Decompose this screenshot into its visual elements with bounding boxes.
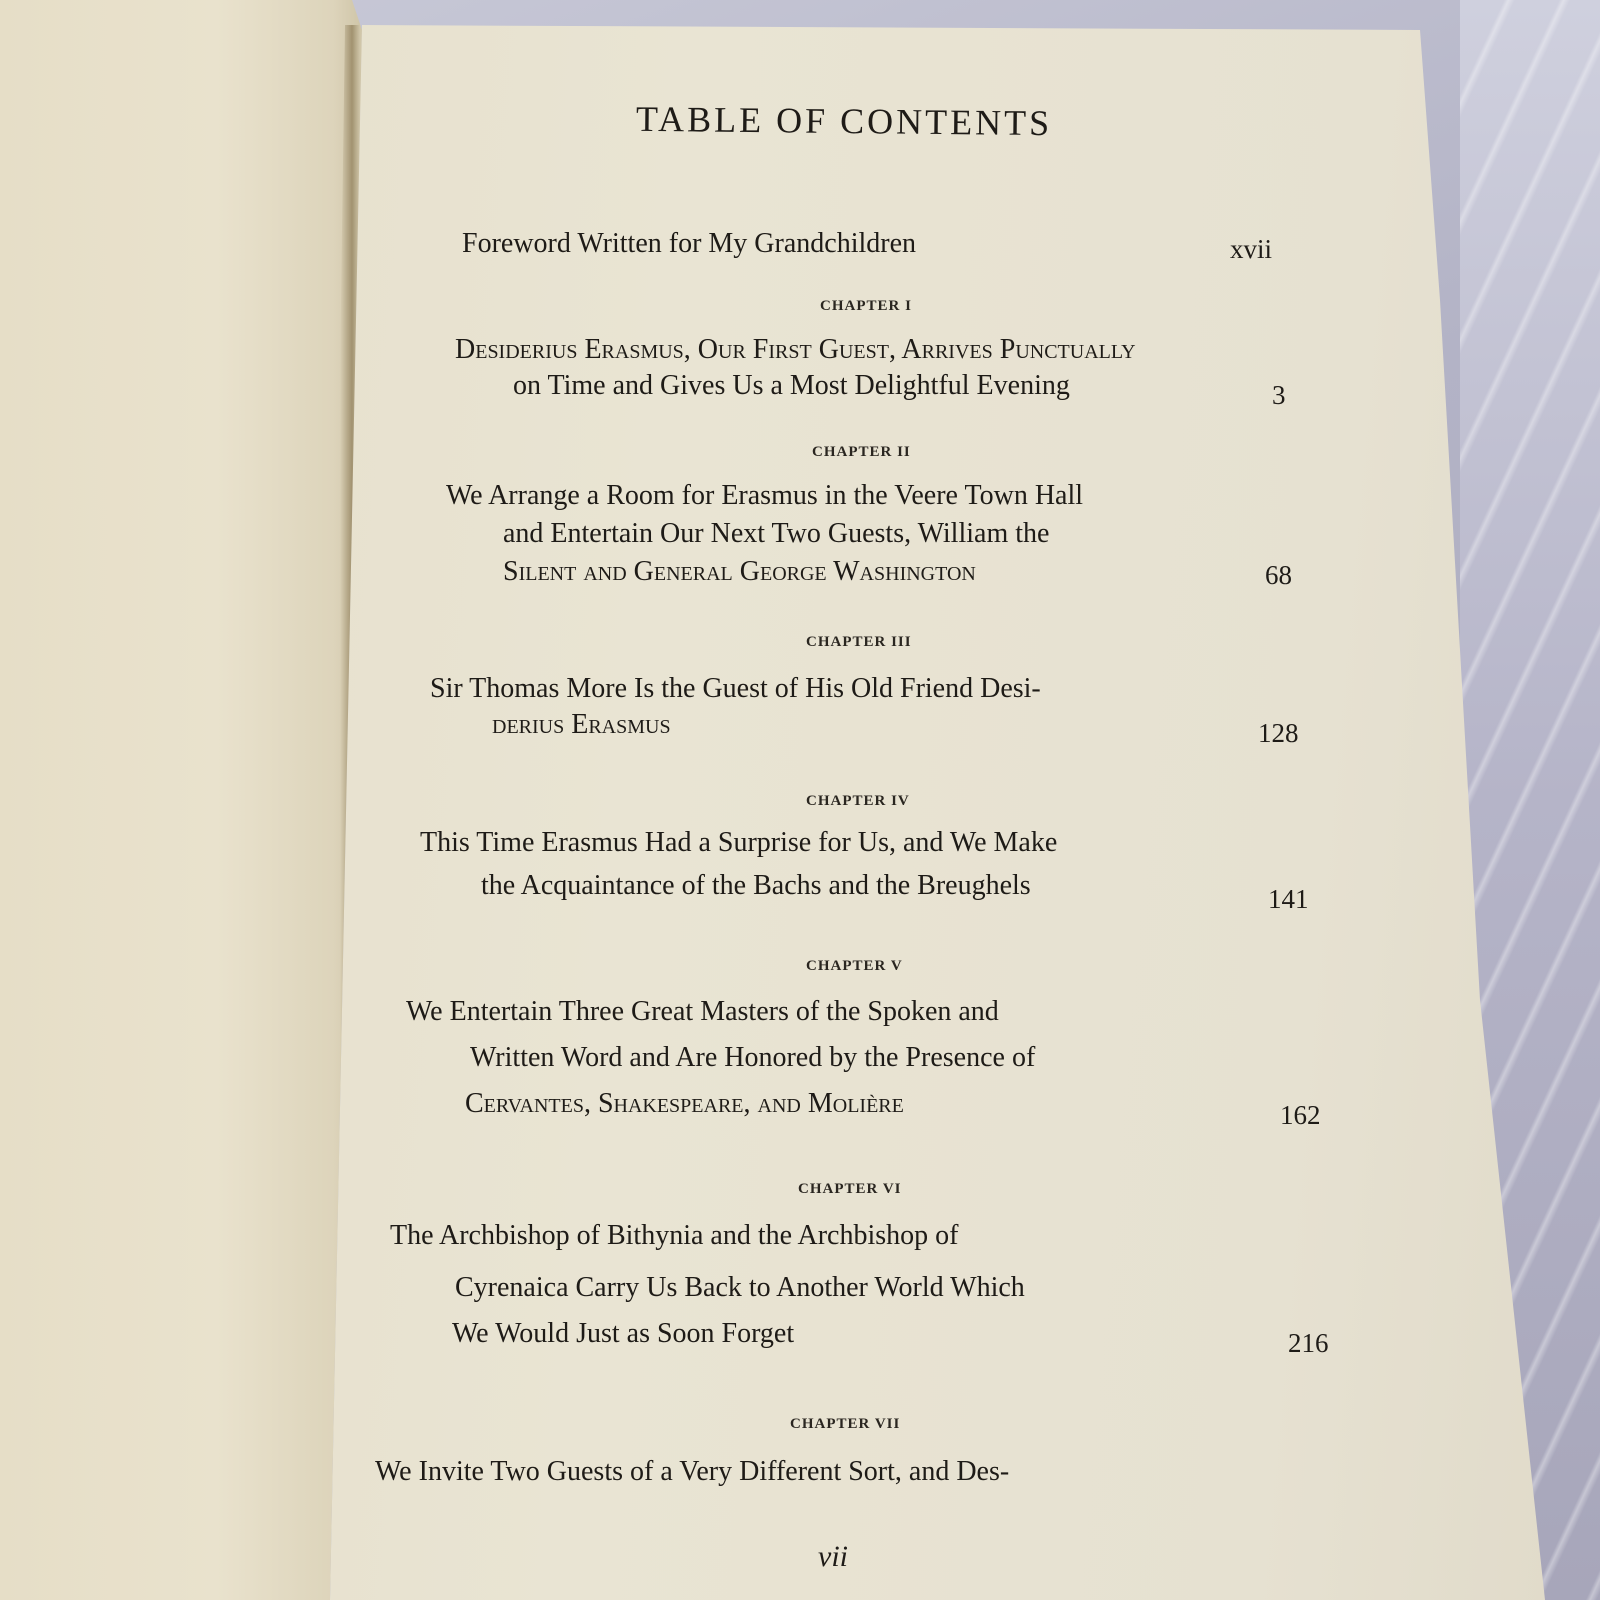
chapter-label: CHAPTER VI — [798, 1181, 902, 1198]
chapter-label: CHAPTER V — [806, 958, 903, 975]
entry-line: Desiderius Erasmus, Our First Guest, Arr… — [455, 334, 1136, 366]
chapter-label: CHAPTER II — [812, 444, 911, 461]
toc-content: TABLE OF CONTENTS Foreword Written for M… — [0, 0, 1600, 1600]
entry-line: We Would Just as Soon Forget — [452, 1318, 794, 1350]
entry-line: derius Erasmus — [492, 709, 671, 741]
entry-line: the Acquaintance of the Bachs and the Br… — [481, 870, 1031, 902]
entry-page-number: 128 — [1258, 718, 1299, 749]
chapter-label: CHAPTER I — [820, 298, 912, 315]
entry-line: We Arrange a Room for Erasmus in the Vee… — [446, 480, 1083, 512]
entry-line: and Entertain Our Next Two Guests, Willi… — [503, 518, 1049, 550]
chapter-label: CHAPTER III — [806, 634, 912, 651]
entry-line: Cyrenaica Carry Us Back to Another World… — [455, 1272, 1025, 1304]
entry-page-number: 68 — [1265, 560, 1292, 591]
entry-page-number: 3 — [1272, 380, 1286, 411]
entry-page-number: 162 — [1280, 1100, 1321, 1131]
entry-line: We Invite Two Guests of a Very Different… — [375, 1456, 1009, 1488]
entry-line: Cervantes, Shakespeare, and Molière — [465, 1088, 904, 1120]
entry-line: This Time Erasmus Had a Surprise for Us,… — [420, 827, 1057, 859]
entry-line: Written Word and Are Honored by the Pres… — [470, 1042, 1035, 1074]
entry-line: We Entertain Three Great Masters of the … — [406, 996, 999, 1028]
page-title: TABLE OF CONTENTS — [636, 98, 1053, 144]
entry-page-number: 216 — [1288, 1328, 1329, 1359]
entry-line: on Time and Gives Us a Most Delightful E… — [513, 370, 1070, 402]
entry-page-number: xvii — [1230, 234, 1272, 265]
entry-line: Silent and General George Washington — [503, 556, 976, 588]
chapter-label: CHAPTER VII — [790, 1416, 900, 1433]
entry-line: Sir Thomas More Is the Guest of His Old … — [430, 673, 1041, 705]
entry-page-number: 141 — [1268, 884, 1309, 915]
entry-title: Foreword Written for My Grandchildren — [462, 228, 916, 260]
page-folio: vii — [818, 1540, 848, 1574]
chapter-label: CHAPTER IV — [806, 793, 910, 810]
entry-line: The Archbishop of Bithynia and the Archb… — [390, 1220, 958, 1252]
